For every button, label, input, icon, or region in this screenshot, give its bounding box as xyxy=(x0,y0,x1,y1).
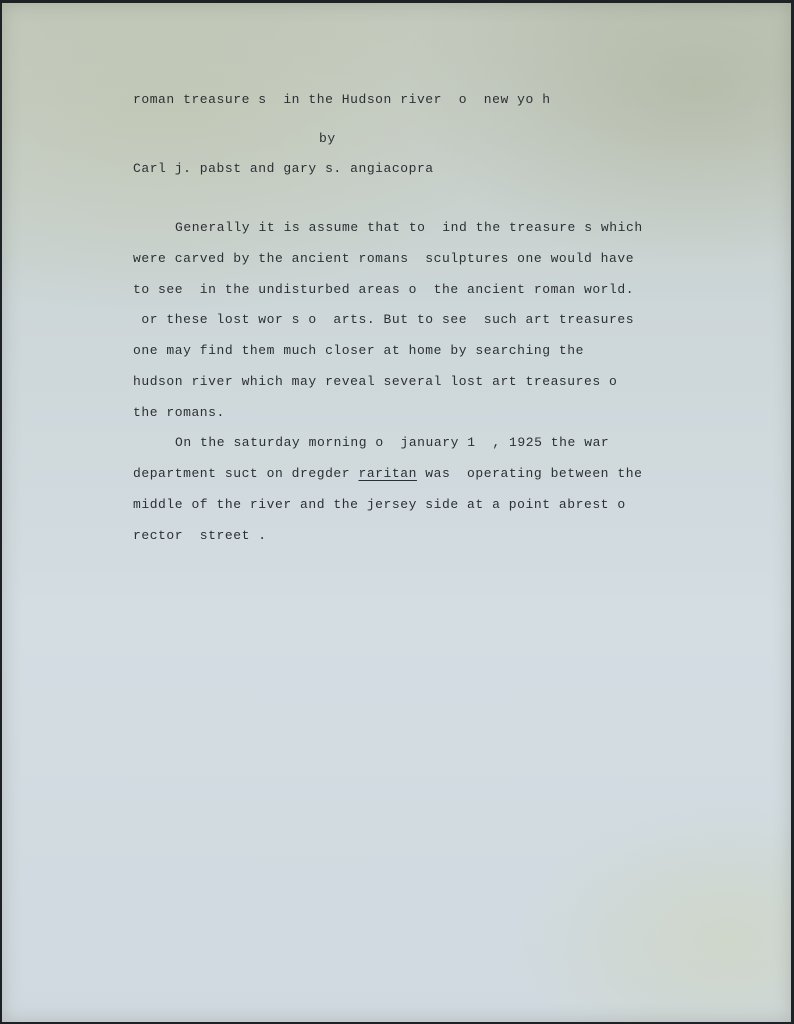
document-title: roman treasure s in the Hudson river o n… xyxy=(133,92,551,108)
paragraph-line: hudson river which may reveal several lo… xyxy=(133,374,617,390)
paragraph-line: On the saturday morning o january 1 , 19… xyxy=(175,435,609,451)
text-span: was operating between the xyxy=(417,466,642,481)
paragraph-line: or these lost wor s o arts. But to see s… xyxy=(133,312,634,328)
text-span: department suct on dregder xyxy=(133,466,358,481)
paragraph-line: were carved by the ancient romans sculpt… xyxy=(133,251,634,267)
paragraph-line: one may find them much closer at home by… xyxy=(133,343,584,359)
byline: by xyxy=(319,131,336,147)
paragraph-line: Generally it is assume that to ind the t… xyxy=(175,220,643,236)
authors: Carl j. pabst and gary s. angiacopra xyxy=(133,161,434,177)
paragraph-line: to see in the undisturbed areas o the an… xyxy=(133,282,634,298)
underlined-ship-name: raritan xyxy=(358,466,416,481)
paragraph-line: the romans. xyxy=(133,405,225,421)
paragraph-line: department suct on dregder raritan was o… xyxy=(133,466,642,482)
paragraph-line: rector street . xyxy=(133,528,267,544)
paragraph-line: middle of the river and the jersey side … xyxy=(133,497,626,513)
document-page: roman treasure s in the Hudson river o n… xyxy=(2,3,791,1022)
